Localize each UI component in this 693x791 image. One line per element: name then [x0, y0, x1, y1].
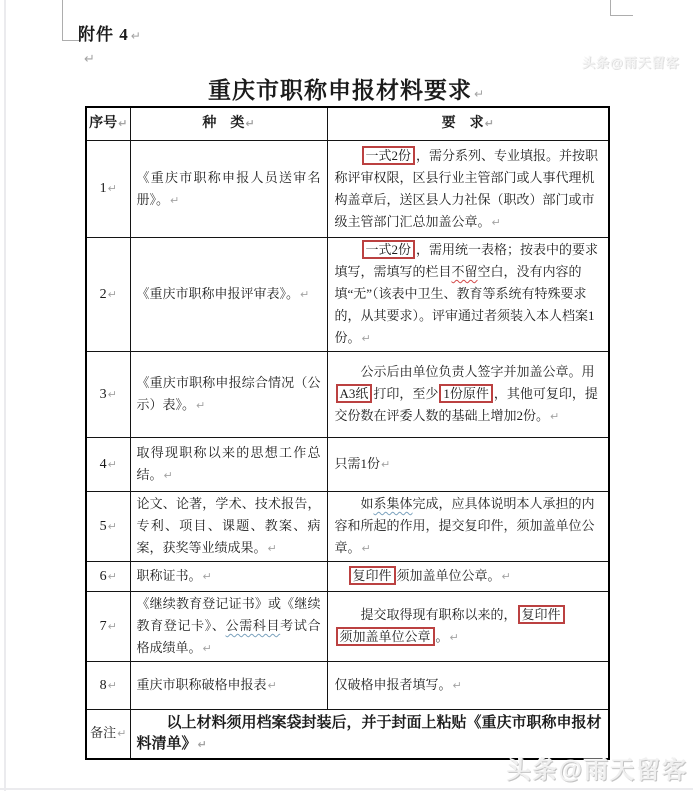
margin-crop-mark	[610, 0, 611, 15]
cell-text: 须加盖单位公章。	[397, 568, 501, 583]
paragraph-mark-icon: ↵	[450, 631, 459, 644]
serial-cell: 7↵	[86, 592, 130, 662]
cell-text: 《重庆市职称申报人员送审名册》。	[137, 170, 321, 207]
table-row: 8↵重庆市职称破格申报表↵仅破格申报者填写。↵	[86, 662, 609, 710]
serial-cell: 2↵	[86, 238, 130, 352]
serial-cell: 1↵	[86, 141, 130, 238]
red-highlight-box: 须加盖单位公章	[336, 627, 435, 646]
kind-cell: 取得现职称以来的思想工作总结。↵	[130, 438, 327, 492]
table-row: 2↵《重庆市职称申报评审表》。↵一式2份，需用统一表格；按表中的要求填写，需填写…	[86, 238, 609, 352]
grammar-underline: 系集体	[374, 496, 413, 511]
paragraph-mark-icon: ↵	[300, 288, 309, 301]
table-header-row: 序号↵ 种 类↵ 要 求↵	[86, 107, 609, 141]
paragraph-mark-icon: ↵	[203, 570, 212, 583]
spellcheck-underline: 不留	[452, 264, 478, 279]
paragraph-mark-icon: ↵	[550, 410, 559, 423]
attachment-label: 附件 4↵	[78, 20, 142, 45]
red-highlight-box: 复印件	[349, 566, 396, 585]
paragraph-mark-icon: ↵	[117, 727, 126, 740]
serial-number: 8	[100, 678, 107, 693]
header-serial: 序号↵	[86, 107, 130, 141]
serial-cell: 8↵	[86, 662, 130, 710]
requirement-cell: 一式2份，需用统一表格；按表中的要求填写，需填写的栏目不留空白，没有内容的填“无…	[327, 238, 609, 352]
kind-cell: 《重庆市职称申报评审表》。↵	[130, 238, 327, 352]
serial-number: 5	[100, 519, 107, 534]
materials-table: 序号↵ 种 类↵ 要 求↵ 1↵《重庆市职称申报人员送审名册》。↵一式2份，需分…	[85, 106, 610, 760]
grammar-underline: 公需科目	[226, 618, 281, 633]
cell-text: 论文、论著，学术、技术报告，专利、项目、课题、教案、病案，获奖等业绩成果。	[137, 496, 321, 555]
kind-cell: 《重庆市职称申报人员送审名册》。↵	[130, 141, 327, 238]
table-row: 7↵《继续教育登记证书》或《继续教育登记卡》、公需科目考试合格成绩单。↵提交取得…	[86, 592, 609, 662]
requirement-cell: 公示后由单位负责人签字并加盖公章。用A3纸打印，至少1份原件，其他可复印，提交份…	[327, 352, 609, 438]
margin-crop-mark	[62, 0, 63, 40]
cell-text: 打印，至少	[373, 386, 438, 401]
requirement-cell: 复印件须加盖单位公章。↵	[327, 562, 609, 592]
table-row: 1↵《重庆市职称申报人员送审名册》。↵一式2份，需分系列、专业填报。并按职称评审…	[86, 141, 609, 238]
header-kind: 种 类↵	[130, 107, 327, 141]
serial-number: 1	[100, 181, 107, 196]
document-page: 头条@雨天留客 附件 4↵ ↵ 重庆市职称申报材料要求↵ 序号↵ 种 类↵ 要 …	[0, 0, 693, 791]
materials-table-body: 1↵《重庆市职称申报人员送审名册》。↵一式2份，需分系列、专业填报。并按职称评审…	[86, 141, 609, 759]
requirement-cell: 如系集体完成，应具体说明本人承担的内容和所起的作用，提交复印件，须加盖单位公章。…	[327, 492, 609, 562]
serial-number: 6	[100, 569, 107, 584]
kind-cell: 《重庆市职称申报综合情况（公示）表》。↵	[130, 352, 327, 438]
paragraph-mark-icon: ↵	[108, 458, 117, 471]
requirement-cell: 只需1份↵	[327, 438, 609, 492]
paragraph-mark-icon: ↵	[198, 738, 207, 751]
attachment-text: 附件 4	[78, 25, 129, 44]
paragraph-mark-icon: ↵	[362, 542, 371, 555]
red-highlight-box: A3纸	[336, 384, 373, 403]
kind-cell: 重庆市职称破格申报表↵	[130, 662, 327, 710]
paragraph-mark-icon: ↵	[492, 216, 501, 229]
requirement-cell: 仅破格申报者填写。↵	[327, 662, 609, 710]
title-text: 重庆市职称申报材料要求	[208, 78, 472, 103]
paragraph-mark-icon: ↵	[108, 182, 117, 195]
red-highlight-box: 一式2份	[362, 240, 416, 259]
paragraph-mark-icon: ↵	[108, 570, 117, 583]
paragraph-mark-icon: ↵	[268, 679, 277, 692]
paragraph-mark-icon: ↵	[474, 87, 485, 101]
table-row: 3↵《重庆市职称申报综合情况（公示）表》。↵公示后由单位负责人签字并加盖公章。用…	[86, 352, 609, 438]
serial-cell: 6↵	[86, 562, 130, 592]
kind-cell: 职称证书。↵	[130, 562, 327, 592]
red-highlight-box: 复印件	[518, 605, 565, 624]
note-label-cell: 备注↵	[86, 710, 130, 759]
margin-crop-mark	[610, 15, 633, 16]
watermark: 头条@雨天留客	[507, 750, 688, 785]
paragraph-mark-icon: ↵	[502, 570, 511, 583]
table-row: 6↵职称证书。↵复印件须加盖单位公章。↵	[86, 562, 609, 592]
serial-number: 3	[100, 387, 107, 402]
paragraph-mark-icon: ↵	[118, 117, 127, 130]
paragraph-mark-icon: ↵	[84, 52, 95, 67]
red-highlight-box: 一式2份	[362, 146, 416, 165]
serial-number: 2	[100, 287, 107, 302]
red-highlight-box: 1份原件	[439, 384, 493, 403]
paragraph-mark-icon: ↵	[108, 288, 117, 301]
paragraph-mark-icon: ↵	[131, 29, 142, 43]
paragraph-mark-icon: ↵	[164, 469, 173, 482]
paragraph-mark-icon: ↵	[108, 620, 117, 633]
serial-cell: 3↵	[86, 352, 130, 438]
serial-cell: 4↵	[86, 438, 130, 492]
note-label: 备注	[90, 725, 116, 740]
paragraph-mark-icon: ↵	[170, 194, 179, 207]
margin-crop-mark	[62, 40, 79, 41]
cell-text: 《重庆市职称申报评审表》。	[137, 286, 300, 301]
cell-text: 仅破格申报者填写。	[335, 677, 452, 692]
paragraph-mark-icon: ↵	[362, 332, 371, 345]
cell-text: 职称证书。	[137, 568, 202, 583]
paragraph-mark-icon: ↵	[268, 542, 277, 555]
header-kind-label: 种 类	[202, 116, 244, 131]
cell-text: 。	[436, 629, 449, 644]
kind-cell: 《继续教育登记证书》或《继续教育登记卡》、公需科目考试合格成绩单。↵	[130, 592, 327, 662]
watermark-ghost: 头条@雨天留客	[582, 52, 680, 71]
cell-text: 《重庆市职称申报综合情况（公示）表》。	[137, 375, 321, 412]
header-requirement-label: 要 求	[442, 116, 484, 131]
kind-cell: 论文、论著，学术、技术报告，专利、项目、课题、教案、病案，获奖等业绩成果。↵	[130, 492, 327, 562]
cell-text: 如	[361, 496, 374, 511]
paragraph-mark-icon: ↵	[108, 520, 117, 533]
paragraph-mark-icon: ↵	[485, 117, 494, 130]
header-requirement: 要 求↵	[327, 107, 609, 141]
cell-text: 只需1份	[335, 456, 381, 471]
serial-number: 4	[100, 457, 107, 472]
table-row: 5↵论文、论著，学术、技术报告，专利、项目、课题、教案、病案，获奖等业绩成果。↵…	[86, 492, 609, 562]
table-row: 4↵取得现职称以来的思想工作总结。↵只需1份↵	[86, 438, 609, 492]
page-title: 重庆市职称申报材料要求↵	[0, 72, 693, 105]
paragraph-mark-icon: ↵	[108, 679, 117, 692]
paragraph-mark-icon: ↵	[196, 399, 205, 412]
requirement-cell: 一式2份，需分系列、专业填报。并按职称评审权限，区县行业主管部门或人事代理机构盖…	[327, 141, 609, 238]
serial-cell: 5↵	[86, 492, 130, 562]
requirement-cell: 提交取得现有职称以来的，复印件须加盖单位公章。↵	[327, 592, 609, 662]
paragraph-mark-icon: ↵	[245, 117, 254, 130]
cell-text: 公示后由单位负责人签字并加盖公章。用	[361, 364, 595, 379]
paragraph-mark-icon: ↵	[108, 388, 117, 401]
paragraph-mark-icon: ↵	[453, 679, 462, 692]
paragraph-mark-icon: ↵	[381, 458, 390, 471]
serial-number: 7	[100, 619, 107, 634]
page-edge-left	[4, 0, 6, 791]
paragraph-mark-icon: ↵	[203, 642, 212, 655]
cell-text: 重庆市职称破格申报表	[137, 677, 267, 692]
header-serial-label: 序号	[89, 116, 117, 131]
cell-text: 提交取得现有职称以来的，	[361, 607, 517, 622]
page-edge-bottom	[0, 788, 693, 790]
